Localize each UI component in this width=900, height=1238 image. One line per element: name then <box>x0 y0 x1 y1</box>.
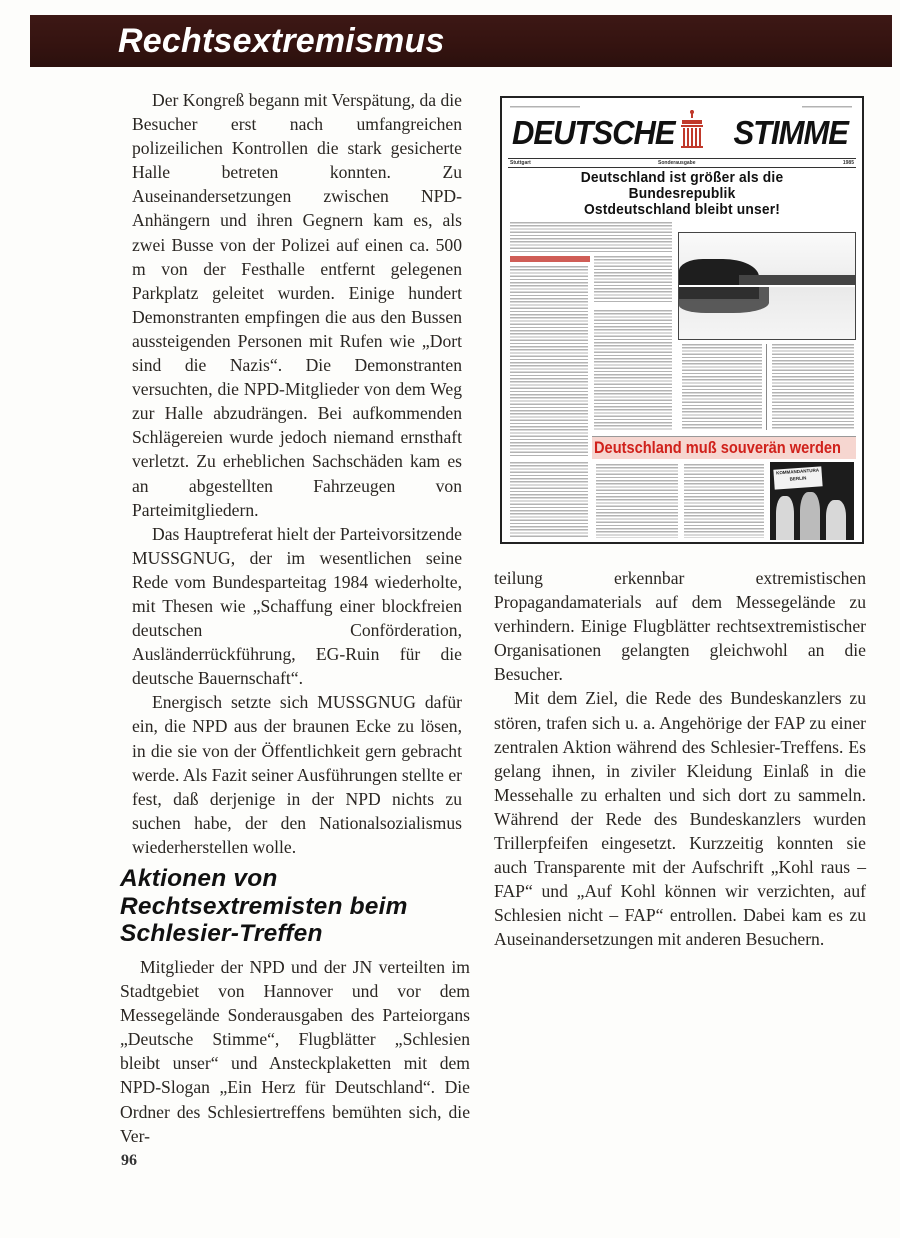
newspaper-masthead: DEUTSCHE STIMME <box>510 116 854 150</box>
body-paragraph: Mit dem Ziel, die Rede des Bundeskanzler… <box>494 686 866 951</box>
dateline-year: 1985 <box>843 159 854 167</box>
brandenburg-gate-icon <box>680 108 704 152</box>
section-heading: Aktionen von Rechtsextremisten beim Schl… <box>120 865 470 948</box>
body-paragraph: Der Kongreß begann mit Verspätung, da di… <box>132 88 462 522</box>
right-column: teilung erkennbar extremistischen Propag… <box>494 566 866 952</box>
article-column <box>594 310 672 430</box>
masthead-tagline-left <box>510 106 580 109</box>
section-body: Mitglieder der NPD und der JN verteilten… <box>120 955 470 1148</box>
shoreline-shape <box>739 275 855 285</box>
lake-photo <box>678 232 856 340</box>
dateline-city: Stuttgart <box>510 159 531 167</box>
newspaper-figure: DEUTSCHE STIMME Stuttgart Sonderausgabe … <box>500 96 864 544</box>
masthead-right: STIMME <box>733 115 848 152</box>
headline-line: Deutschland ist größer als die <box>516 170 847 186</box>
column-rule <box>766 344 767 430</box>
body-paragraph: Das Hauptreferat hielt der Parteivorsitz… <box>132 522 462 691</box>
article-column <box>510 266 588 456</box>
masthead-tagline-right <box>802 106 852 109</box>
chapter-header-bar: Rechtsextremismus <box>30 15 892 67</box>
newspaper-headline: Deutschland ist größer als die Bundesrep… <box>516 170 847 218</box>
chapter-title: Rechtsextremismus <box>118 19 445 63</box>
headline-line: Ostdeutschland bleibt unser! <box>516 202 847 218</box>
banner-sign: KOMMANDANTURA BERLIN <box>773 466 822 489</box>
article-column <box>596 464 678 538</box>
reflection-shape <box>679 287 769 313</box>
body-paragraph: Mitglieder der NPD und der JN verteilten… <box>120 955 470 1148</box>
body-paragraph: teilung erkennbar extremistischen Propag… <box>494 566 866 686</box>
article-column <box>682 344 762 430</box>
page-number: 96 <box>121 1152 137 1170</box>
body-paragraph: Energisch setzte sich MUSSGNUG dafür ein… <box>132 690 462 859</box>
lead-text <box>510 222 672 252</box>
masthead-left: DEUTSCHE <box>512 115 675 152</box>
banner-headline: Deutschland muß souverän werden <box>594 437 819 459</box>
person-shape <box>800 492 820 540</box>
red-subheading <box>510 256 590 262</box>
person-shape <box>776 496 794 540</box>
article-column <box>772 344 854 430</box>
red-banner: Deutschland muß souverän werden <box>592 436 856 459</box>
article-column <box>684 464 764 538</box>
person-shape <box>826 500 846 540</box>
dateline-edition: Sonderausgabe <box>658 159 696 167</box>
article-column <box>594 256 672 302</box>
left-column: Der Kongreß begann mit Verspätung, da di… <box>132 88 462 859</box>
newspaper-dateline: Stuttgart Sonderausgabe 1985 <box>508 158 856 168</box>
article-column <box>510 462 588 538</box>
headline-line: Bundesrepublik <box>516 186 847 202</box>
people-photo: KOMMANDANTURA BERLIN <box>770 462 854 540</box>
